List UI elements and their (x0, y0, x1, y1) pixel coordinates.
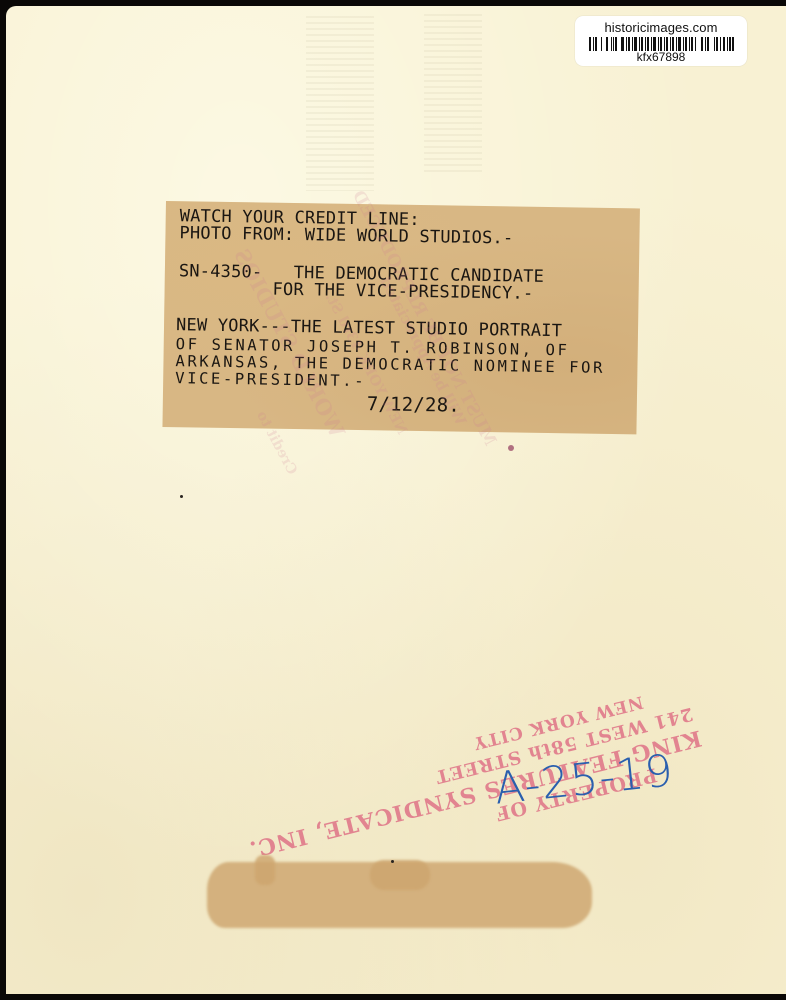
sticker-site: historicimages.com (575, 21, 747, 35)
caption-line: FOR THE VICE-PRESIDENCY.- (178, 280, 533, 303)
speck (508, 445, 514, 451)
glue-residue (255, 855, 275, 885)
glue-residue (370, 860, 430, 890)
speck (180, 495, 183, 498)
bleed-through-column (306, 16, 374, 191)
caption-line: PHOTO FROM: WIDE WORLD STUDIOS.- (179, 225, 513, 247)
bleed-through-column (424, 14, 482, 174)
sticker-code: kfx67898 (575, 51, 747, 64)
barcode-sticker: historicimages.com kfx67898 (575, 16, 747, 66)
barcode-icon (589, 37, 734, 51)
caption-line: VICE-PRESIDENT.- (175, 370, 366, 390)
photo-back-paper (6, 6, 786, 994)
speck (391, 860, 394, 863)
